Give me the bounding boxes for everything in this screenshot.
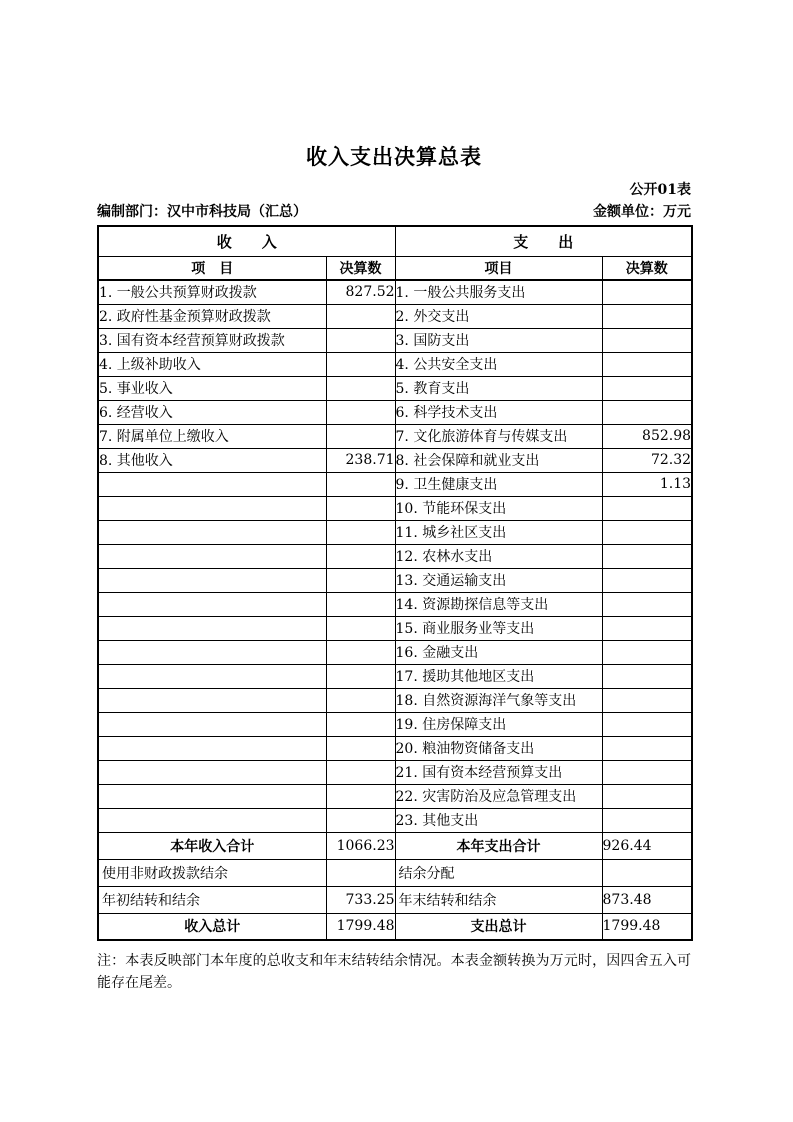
expense-value-cell (602, 688, 692, 712)
income-value-cell (326, 568, 395, 592)
income-item-cell (98, 568, 326, 592)
income-item-cell (98, 472, 326, 496)
income-value-cell (326, 592, 395, 616)
income-item-cell (98, 496, 326, 520)
table-data-body: 1. 一般公共预算财政拨款827.521. 一般公共服务支出2. 政府性基金预算… (98, 280, 692, 832)
income-value-cell (326, 808, 395, 832)
expense-item-cell: 年末结转和结余 (395, 886, 602, 913)
section-header-row: 收 入 支 出 (98, 226, 692, 257)
table-row: 12. 农林水支出 (98, 544, 692, 568)
expense-value-cell (602, 280, 692, 304)
income-item-cell (98, 616, 326, 640)
income-value-cell (326, 640, 395, 664)
table-row: 7. 附属单位上缴收入7. 文化旅游体育与传媒支出852.98 (98, 424, 692, 448)
expense-value-cell: 1799.48 (602, 913, 692, 940)
income-value-cell (326, 784, 395, 808)
income-value-cell: 1799.48 (326, 913, 395, 940)
income-item-cell: 8. 其他收入 (98, 448, 326, 472)
income-value-column-header: 决算数 (326, 257, 395, 281)
income-item-cell: 本年收入合计 (98, 832, 326, 859)
income-value-cell: 1066.23 (326, 832, 395, 859)
expense-item-cell: 结余分配 (395, 859, 602, 886)
expense-value-cell: 72.32 (602, 448, 692, 472)
table-row: 5. 事业收入5. 教育支出 (98, 376, 692, 400)
expense-item-cell: 8. 社会保障和就业支出 (395, 448, 602, 472)
table-row: 8. 其他收入238.718. 社会保障和就业支出72.32 (98, 448, 692, 472)
income-value-cell: 827.52 (326, 280, 395, 304)
expense-item-cell: 4. 公共安全支出 (395, 352, 602, 376)
table-code-label: 公开01表 (97, 181, 691, 199)
table-row: 10. 节能环保支出 (98, 496, 692, 520)
expense-item-cell: 11. 城乡社区支出 (395, 520, 602, 544)
table-row: 19. 住房保障支出 (98, 712, 692, 736)
income-item-cell (98, 808, 326, 832)
expense-value-cell (602, 808, 692, 832)
table-row: 16. 金融支出 (98, 640, 692, 664)
expense-item-cell: 6. 科学技术支出 (395, 400, 602, 424)
expense-item-cell: 18. 自然资源海洋气象等支出 (395, 688, 602, 712)
income-value-cell (326, 496, 395, 520)
income-value-cell (326, 712, 395, 736)
table-row: 13. 交通运输支出 (98, 568, 692, 592)
income-item-cell: 1. 一般公共预算财政拨款 (98, 280, 326, 304)
income-item-cell: 6. 经营收入 (98, 400, 326, 424)
table-row: 2. 政府性基金预算财政拨款2. 外交支出 (98, 304, 692, 328)
income-value-cell (326, 424, 395, 448)
expense-value-cell (602, 328, 692, 352)
income-item-cell: 3. 国有资本经营预算财政拨款 (98, 328, 326, 352)
footnote: 注：本表反映部门本年度的总收支和年末结转结余情况。本表金额转换为万元时，因四舍五… (97, 950, 691, 994)
expense-item-cell: 支出总计 (395, 913, 602, 940)
table-row: 15. 商业服务业等支出 (98, 616, 692, 640)
expense-value-cell (602, 640, 692, 664)
document-sheet: 收入支出决算总表 公开01表 编制部门：汉中市科技局（汇总） 金额单位：万元 收… (97, 141, 691, 994)
expense-item-cell: 12. 农林水支出 (395, 544, 602, 568)
table-row: 6. 经营收入6. 科学技术支出 (98, 400, 692, 424)
expense-item-cell: 19. 住房保障支出 (395, 712, 602, 736)
expense-item-cell: 14. 资源勘探信息等支出 (395, 592, 602, 616)
expense-value-cell (602, 376, 692, 400)
income-item-cell (98, 784, 326, 808)
expense-item-cell: 2. 外交支出 (395, 304, 602, 328)
income-value-cell (326, 616, 395, 640)
income-value-cell (326, 328, 395, 352)
table-row: 3. 国有资本经营预算财政拨款3. 国防支出 (98, 328, 692, 352)
expense-item-cell: 7. 文化旅游体育与传媒支出 (395, 424, 602, 448)
table-row: 23. 其他支出 (98, 808, 692, 832)
expense-item-cell: 15. 商业服务业等支出 (395, 616, 602, 640)
expense-value-cell (602, 496, 692, 520)
income-item-cell: 4. 上级补助收入 (98, 352, 326, 376)
expense-value-cell (602, 520, 692, 544)
expense-item-column-header: 项目 (395, 257, 602, 281)
income-item-cell: 5. 事业收入 (98, 376, 326, 400)
income-value-cell (326, 520, 395, 544)
income-value-cell: 733.25 (326, 886, 395, 913)
income-item-cell: 年初结转和结余 (98, 886, 326, 913)
income-item-cell (98, 640, 326, 664)
income-value-cell (326, 859, 395, 886)
table-row: 11. 城乡社区支出 (98, 520, 692, 544)
expense-value-cell (602, 400, 692, 424)
income-value-cell (326, 304, 395, 328)
table-row: 4. 上级补助收入4. 公共安全支出 (98, 352, 692, 376)
table-row: 17. 援助其他地区支出 (98, 664, 692, 688)
expense-value-column-header: 决算数 (602, 257, 692, 281)
expense-value-cell: 852.98 (602, 424, 692, 448)
summary-row: 使用非财政拨款结余结余分配 (98, 859, 692, 886)
expense-item-cell: 13. 交通运输支出 (395, 568, 602, 592)
table-row: 21. 国有资本经营预算支出 (98, 760, 692, 784)
summary-row: 收入总计1799.48支出总计1799.48 (98, 913, 692, 940)
meta-row: 编制部门：汉中市科技局（汇总） 金额单位：万元 (97, 203, 691, 221)
expense-item-cell: 22. 灾害防治及应急管理支出 (395, 784, 602, 808)
table-row: 14. 资源勘探信息等支出 (98, 592, 692, 616)
expense-value-cell (602, 859, 692, 886)
income-value-cell (326, 736, 395, 760)
expense-value-cell (602, 544, 692, 568)
unit-label: 金额单位：万元 (593, 203, 691, 221)
table-summary-body: 本年收入合计1066.23本年支出合计926.44使用非财政拨款结余结余分配年初… (98, 832, 692, 940)
prepared-by-label: 编制部门：汉中市科技局（汇总） (97, 203, 307, 221)
income-value-cell (326, 376, 395, 400)
expense-item-cell: 1. 一般公共服务支出 (395, 280, 602, 304)
expense-item-cell: 17. 援助其他地区支出 (395, 664, 602, 688)
income-value-cell (326, 472, 395, 496)
income-item-column-header: 项 目 (98, 257, 326, 281)
expense-value-cell (602, 568, 692, 592)
income-item-cell: 7. 附属单位上缴收入 (98, 424, 326, 448)
income-item-cell (98, 592, 326, 616)
budget-summary-table: 收 入 支 出 项 目 决算数 项目 决算数 1. 一般公共预算财政拨款827.… (97, 225, 693, 941)
expense-item-cell: 5. 教育支出 (395, 376, 602, 400)
table-row: 18. 自然资源海洋气象等支出 (98, 688, 692, 712)
expense-value-cell: 1.13 (602, 472, 692, 496)
income-section-header: 收 入 (98, 226, 395, 257)
expense-value-cell (602, 712, 692, 736)
expense-item-cell: 21. 国有资本经营预算支出 (395, 760, 602, 784)
page-title: 收入支出决算总表 (97, 141, 691, 171)
income-item-cell (98, 664, 326, 688)
table-row: 1. 一般公共预算财政拨款827.521. 一般公共服务支出 (98, 280, 692, 304)
income-item-cell (98, 712, 326, 736)
expense-item-cell: 3. 国防支出 (395, 328, 602, 352)
income-item-cell (98, 736, 326, 760)
income-value-cell: 238.71 (326, 448, 395, 472)
income-value-cell (326, 760, 395, 784)
income-item-cell (98, 688, 326, 712)
expense-value-cell (602, 784, 692, 808)
expense-value-cell (602, 736, 692, 760)
expense-section-header: 支 出 (395, 226, 692, 257)
expense-value-cell (602, 616, 692, 640)
income-item-cell (98, 520, 326, 544)
expense-item-cell: 16. 金融支出 (395, 640, 602, 664)
expense-value-cell (602, 760, 692, 784)
summary-row: 本年收入合计1066.23本年支出合计926.44 (98, 832, 692, 859)
expense-value-cell (602, 352, 692, 376)
expense-item-cell: 本年支出合计 (395, 832, 602, 859)
income-value-cell (326, 664, 395, 688)
income-value-cell (326, 352, 395, 376)
income-item-cell (98, 760, 326, 784)
expense-value-cell: 873.48 (602, 886, 692, 913)
expense-item-cell: 20. 粮油物资储备支出 (395, 736, 602, 760)
income-item-cell: 使用非财政拨款结余 (98, 859, 326, 886)
income-item-cell: 2. 政府性基金预算财政拨款 (98, 304, 326, 328)
summary-row: 年初结转和结余733.25年末结转和结余873.48 (98, 886, 692, 913)
income-value-cell (326, 544, 395, 568)
table-row: 22. 灾害防治及应急管理支出 (98, 784, 692, 808)
column-header-row: 项 目 决算数 项目 决算数 (98, 257, 692, 281)
expense-value-cell: 926.44 (602, 832, 692, 859)
income-value-cell (326, 400, 395, 424)
expense-item-cell: 9. 卫生健康支出 (395, 472, 602, 496)
expense-value-cell (602, 664, 692, 688)
income-item-cell: 收入总计 (98, 913, 326, 940)
expense-value-cell (602, 304, 692, 328)
table-row: 9. 卫生健康支出1.13 (98, 472, 692, 496)
income-item-cell (98, 544, 326, 568)
table-row: 20. 粮油物资储备支出 (98, 736, 692, 760)
expense-value-cell (602, 592, 692, 616)
income-value-cell (326, 688, 395, 712)
expense-item-cell: 10. 节能环保支出 (395, 496, 602, 520)
expense-item-cell: 23. 其他支出 (395, 808, 602, 832)
